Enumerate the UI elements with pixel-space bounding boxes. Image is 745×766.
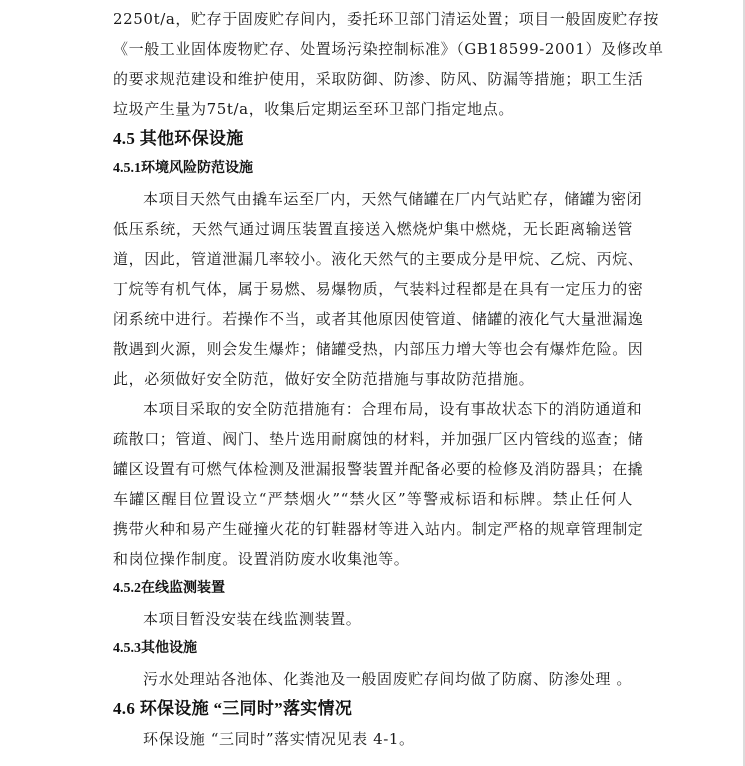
risk-paragraph-2: 本项目采取的安全防范措施有：合理布局，设有事故状态下的消防通道和 疏散口；管道、… [113,394,633,574]
section-heading-4-5: 4.5 其他环保设施 [113,124,633,154]
three-simultaneous-paragraph: 环保设施 “三同时”落实情况见表 4-1。 [113,724,633,754]
text-line: 低压系统，天然气通过调压装置直接送入燃烧炉集中燃烧，无长距离输送管 [113,214,633,244]
monitoring-paragraph: 本项目暂没安装在线监测装置。 [113,604,633,634]
text-line: 和岗位操作制度。设置消防废水收集池等。 [113,544,633,574]
subsection-heading-4-5-2: 4.5.2在线监测装置 [113,574,633,604]
text-line: 2250t/a，贮存于固废贮存间内，委托环卫部门清运处置；项目一般固废贮存按 [113,4,633,34]
subsection-heading-4-5-3: 4.5.3其他设施 [113,634,633,664]
text-line: 《一般工业固体废物贮存、处置场污染控制标准》（GB18599-2001）及修改单 [113,34,633,64]
section-heading-4-6: 4.6 环保设施 “三同时”落实情况 [113,694,633,724]
text-line: 垃圾产生量为75t/a，收集后定期运至环卫部门指定地点。 [113,94,633,124]
other-facilities-paragraph: 污水处理站各池体、化粪池及一般固废贮存间均做了防腐、防渗处理 。 [113,664,633,694]
text-line: 闭系统中进行。若操作不当，或者其他原因使管道、储罐的液化气大量泄漏逸 [113,304,633,334]
text-line: 道，因此，管道泄漏几率较小。液化天然气的主要成分是甲烷、乙烷、丙烷、 [113,244,633,274]
document-body: 2250t/a，贮存于固废贮存间内，委托环卫部门清运处置；项目一般固废贮存按 《… [113,4,633,754]
text-line: 散遇到火源，则会发生爆炸；储罐受热，内部压力增大等也会有爆炸危险。因 [113,334,633,364]
intro-paragraph: 2250t/a，贮存于固废贮存间内，委托环卫部门清运处置；项目一般固废贮存按 《… [113,4,633,124]
text-line: 本项目采取的安全防范措施有：合理布局，设有事故状态下的消防通道和 [113,394,633,424]
subsection-heading-4-5-1: 4.5.1环境风险防范设施 [113,154,633,184]
text-line: 的要求规范建设和维护使用，采取防御、防渗、防风、防漏等措施；职工生活 [113,64,633,94]
text-line: 车罐区醒目位置设立“严禁烟火”“禁火区”等警戒标语和标牌。禁止任何人 [113,484,633,514]
text-line: 疏散口；管道、阀门、垫片选用耐腐蚀的材料，并加强厂区内管线的巡查；储 [113,424,633,454]
risk-paragraph-1: 本项目天然气由撬车运至厂内，天然气储罐在厂内气站贮存，储罐为密闭 低压系统，天然… [113,184,633,394]
text-line: 此，必须做好安全防范，做好安全防范措施与事故防范措施。 [113,364,633,394]
document-page: 2250t/a，贮存于固废贮存间内，委托环卫部门清运处置；项目一般固废贮存按 《… [0,0,745,766]
text-line: 罐区设置有可燃气体检测及泄漏报警装置并配备必要的检修及消防器具；在撬 [113,454,633,484]
text-line: 携带火种和易产生碰撞火花的钉鞋器材等进入站内。制定严格的规章管理制定 [113,514,633,544]
text-line: 本项目天然气由撬车运至厂内，天然气储罐在厂内气站贮存，储罐为密闭 [113,184,633,214]
text-line: 丁烷等有机气体，属于易燃、易爆物质，气装料过程都是在具有一定压力的密 [113,274,633,304]
